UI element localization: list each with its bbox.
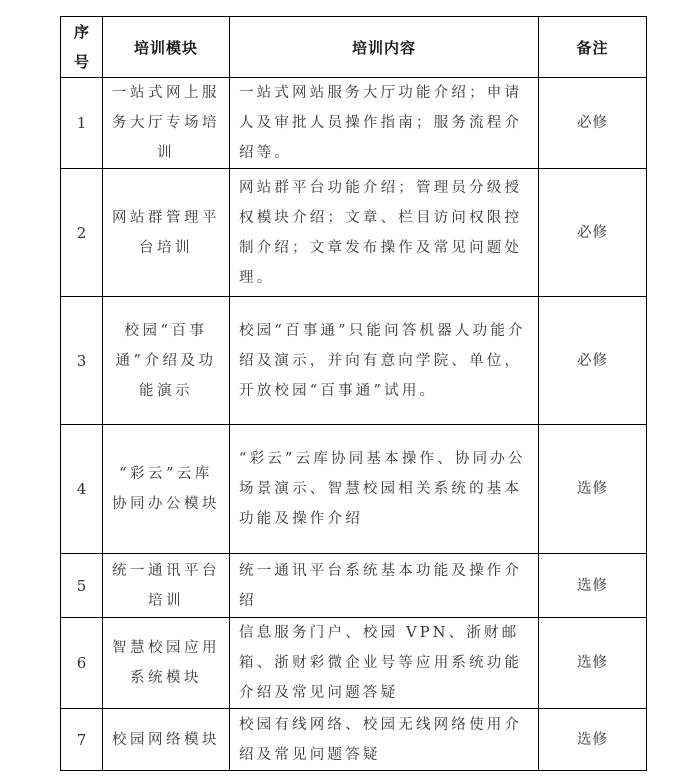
- table-row: 1 一站式网上服务大厅专场培训 一站式网站服务大厅功能介绍；申请人及审批人员操作…: [61, 78, 647, 169]
- training-content: 一站式网站服务大厅功能介绍；申请人及审批人员操作指南；服务流程介绍等。: [230, 78, 539, 169]
- row-number: 6: [61, 618, 103, 709]
- header-row: 序号 培训模块 培训内容 备注: [61, 17, 647, 78]
- header-note: 备注: [539, 17, 647, 78]
- table-row: 4 “彩云”云库协同办公模块 “彩云”云库协同基本操作、协同办公场景演示、智慧校…: [61, 425, 647, 554]
- table-row: 2 网站群管理平台培训 网站群平台功能介绍；管理员分级授权模块介绍；文章、栏目访…: [61, 169, 647, 297]
- course-type: 选修: [539, 709, 647, 771]
- course-type: 必修: [539, 78, 647, 169]
- training-module: 校园网络模块: [103, 709, 230, 771]
- header-content: 培训内容: [230, 17, 539, 78]
- row-number: 5: [61, 554, 103, 618]
- header-no: 序号: [61, 17, 103, 78]
- training-module: 网站群管理平台培训: [103, 169, 230, 297]
- row-number: 4: [61, 425, 103, 554]
- course-type: 必修: [539, 297, 647, 425]
- training-module: “彩云”云库协同办公模块: [103, 425, 230, 554]
- course-type: 选修: [539, 554, 647, 618]
- row-number: 3: [61, 297, 103, 425]
- course-type: 选修: [539, 618, 647, 709]
- training-module: 校园“百事通”介绍及功能演示: [103, 297, 230, 425]
- row-number: 2: [61, 169, 103, 297]
- table-row: 6 智慧校园应用系统模块 信息服务门户、校园 VPN、浙财邮箱、浙财彩微企业号等…: [61, 618, 647, 709]
- table-row: 3 校园“百事通”介绍及功能演示 校园“百事通”只能问答机器人功能介绍及演示，并…: [61, 297, 647, 425]
- table-body: 1 一站式网上服务大厅专场培训 一站式网站服务大厅功能介绍；申请人及审批人员操作…: [61, 78, 647, 771]
- training-content: 校园有线网络、校园无线网络使用介绍及常见问题答疑: [230, 709, 539, 771]
- row-number: 7: [61, 709, 103, 771]
- table-row: 5 统一通讯平台培训 统一通讯平台系统基本功能及操作介绍 选修: [61, 554, 647, 618]
- header-no-label: 序号: [74, 17, 89, 77]
- header-module: 培训模块: [103, 17, 230, 78]
- course-type: 必修: [539, 169, 647, 297]
- training-content: 校园“百事通”只能问答机器人功能介绍及演示，并向有意向学院、单位，开放校园“百事…: [230, 297, 539, 425]
- training-module: 统一通讯平台培训: [103, 554, 230, 618]
- course-type: 选修: [539, 425, 647, 554]
- training-schedule-table: 序号 培训模块 培训内容 备注 1 一站式网上服务大厅专场培训 一站式网站服务大…: [60, 16, 647, 771]
- table-row: 7 校园网络模块 校园有线网络、校园无线网络使用介绍及常见问题答疑 选修: [61, 709, 647, 771]
- table-header: 序号 培训模块 培训内容 备注: [61, 17, 647, 78]
- training-content: 网站群平台功能介绍；管理员分级授权模块介绍；文章、栏目访问权限控制介绍；文章发布…: [230, 169, 539, 297]
- training-content: 统一通讯平台系统基本功能及操作介绍: [230, 554, 539, 618]
- training-content: “彩云”云库协同基本操作、协同办公场景演示、智慧校园相关系统的基本功能及操作介绍: [230, 425, 539, 554]
- training-module: 智慧校园应用系统模块: [103, 618, 230, 709]
- training-content: 信息服务门户、校园 VPN、浙财邮箱、浙财彩微企业号等应用系统功能介绍及常见问题…: [230, 618, 539, 709]
- row-number: 1: [61, 78, 103, 169]
- training-module: 一站式网上服务大厅专场培训: [103, 78, 230, 169]
